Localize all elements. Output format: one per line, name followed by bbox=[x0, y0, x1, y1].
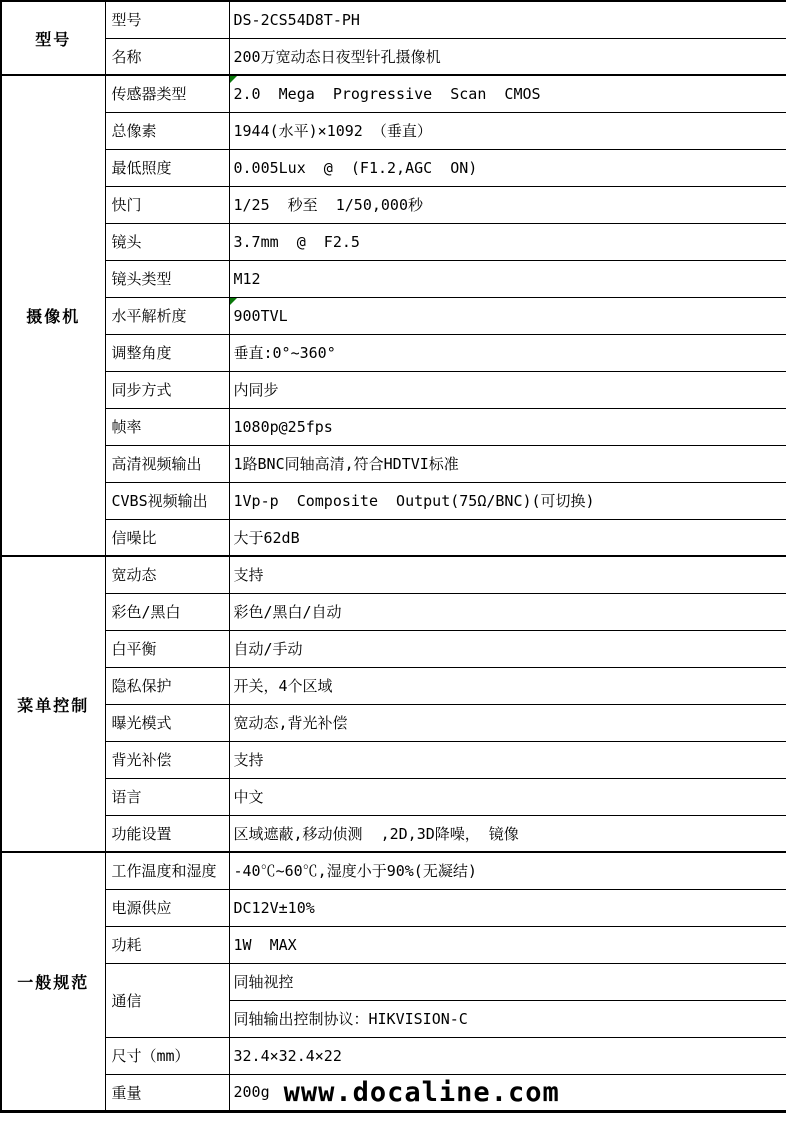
table-row: 快门 1/25 秒至 1/50,000秒 bbox=[1, 186, 786, 223]
spec-value-cell: 区域遮蔽,移动侦测 ,2D,3D降噪， 镜像 bbox=[229, 815, 786, 852]
spec-value-text: 200g bbox=[234, 1083, 270, 1101]
spec-label-cell: CVBS视频输出 bbox=[105, 482, 229, 519]
table-row: 型号 型号 DS-2CS54D8T-PH bbox=[1, 1, 786, 38]
spec-label-cell: 总像素 bbox=[105, 112, 229, 149]
spec-label-cell: 功能设置 bbox=[105, 815, 229, 852]
spec-label-cell: 语言 bbox=[105, 778, 229, 815]
spec-label-cell: 宽动态 bbox=[105, 556, 229, 593]
table-row: 功能设置 区域遮蔽,移动侦测 ,2D,3D降噪， 镜像 bbox=[1, 815, 786, 852]
spec-label-cell: 背光补偿 bbox=[105, 741, 229, 778]
spec-value-cell: 32.4×32.4×22 bbox=[229, 1037, 786, 1074]
spec-label-cell: 重量 bbox=[105, 1074, 229, 1111]
spec-label-cell: 隐私保护 bbox=[105, 667, 229, 704]
table-row: 高清视频输出 1路BNC同轴高清,符合HDTVI标准 bbox=[1, 445, 786, 482]
spec-value-cell: 900TVL bbox=[229, 297, 786, 334]
spec-label-cell: 帧率 bbox=[105, 408, 229, 445]
category-cell-menu-control: 菜单控制 bbox=[1, 556, 105, 852]
spec-value-cell: 200gwww.docaline.com bbox=[229, 1074, 786, 1111]
spec-label-cell: 水平解析度 bbox=[105, 297, 229, 334]
spec-label-cell: 尺寸（mm） bbox=[105, 1037, 229, 1074]
spec-value-cell: 1944(水平)×1092 （垂直） bbox=[229, 112, 786, 149]
watermark-text: www.docaline.com bbox=[284, 1077, 560, 1108]
spec-value-cell: 0.005Lux @ (F1.2,AGC ON) bbox=[229, 149, 786, 186]
spec-value-cell: 同轴视控 bbox=[229, 963, 786, 1000]
table-row: 尺寸（mm） 32.4×32.4×22 bbox=[1, 1037, 786, 1074]
spec-label-cell: 型号 bbox=[105, 1, 229, 38]
table-row: 电源供应 DC12V±10% bbox=[1, 889, 786, 926]
spec-value-cell: 彩色/黑白/自动 bbox=[229, 593, 786, 630]
spec-value-cell: DS-2CS54D8T-PH bbox=[229, 1, 786, 38]
spec-label-cell: 信噪比 bbox=[105, 519, 229, 556]
spec-value-cell: DC12V±10% bbox=[229, 889, 786, 926]
spec-value-cell: 垂直:0°~360° bbox=[229, 334, 786, 371]
spec-value-cell: 中文 bbox=[229, 778, 786, 815]
table-row: 镜头类型 M12 bbox=[1, 260, 786, 297]
table-row: 通信 同轴视控 bbox=[1, 963, 786, 1000]
table-row: 白平衡 自动/手动 bbox=[1, 630, 786, 667]
spec-label-cell: 传感器类型 bbox=[105, 75, 229, 112]
spec-value-cell: 2.0 Mega Progressive Scan CMOS bbox=[229, 75, 786, 112]
spec-label-cell: 曝光模式 bbox=[105, 704, 229, 741]
cell-flag-triangle-icon bbox=[230, 76, 237, 83]
spec-value-cell: 开关，4个区域 bbox=[229, 667, 786, 704]
table-row: CVBS视频输出 1Vp-p Composite Output(75Ω/BNC)… bbox=[1, 482, 786, 519]
table-row: 重量 200gwww.docaline.com bbox=[1, 1074, 786, 1111]
spec-value-cell: 200万宽动态日夜型针孔摄像机 bbox=[229, 38, 786, 75]
spec-value-text: 2.0 Mega Progressive Scan CMOS bbox=[234, 85, 541, 103]
spec-label-cell: 镜头 bbox=[105, 223, 229, 260]
table-row: 语言 中文 bbox=[1, 778, 786, 815]
spec-value-cell: M12 bbox=[229, 260, 786, 297]
spec-value-cell: 支持 bbox=[229, 741, 786, 778]
spec-label-cell: 快门 bbox=[105, 186, 229, 223]
spec-label-cell: 电源供应 bbox=[105, 889, 229, 926]
spec-value-cell: 1路BNC同轴高清,符合HDTVI标准 bbox=[229, 445, 786, 482]
category-cell-camera: 摄像机 bbox=[1, 75, 105, 556]
spec-value-cell: 1/25 秒至 1/50,000秒 bbox=[229, 186, 786, 223]
spec-label-cell: 白平衡 bbox=[105, 630, 229, 667]
table-row: 功耗 1W MAX bbox=[1, 926, 786, 963]
spec-value-cell: -40℃~60℃,湿度小于90%(无凝结) bbox=[229, 852, 786, 889]
spec-value-cell: 同轴输出控制协议：HIKVISION-C bbox=[229, 1000, 786, 1037]
spec-value-cell: 自动/手动 bbox=[229, 630, 786, 667]
table-row: 调整角度 垂直:0°~360° bbox=[1, 334, 786, 371]
category-cell-general-spec: 一般规范 bbox=[1, 852, 105, 1111]
table-row: 一般规范 工作温度和湿度 -40℃~60℃,湿度小于90%(无凝结) bbox=[1, 852, 786, 889]
spec-value-cell: 支持 bbox=[229, 556, 786, 593]
spec-value-cell: 3.7mm @ F2.5 bbox=[229, 223, 786, 260]
spec-label-cell: 名称 bbox=[105, 38, 229, 75]
spec-label-cell: 镜头类型 bbox=[105, 260, 229, 297]
table-row: 总像素 1944(水平)×1092 （垂直） bbox=[1, 112, 786, 149]
spec-value-cell: 1080p@25fps bbox=[229, 408, 786, 445]
spec-value-cell: 内同步 bbox=[229, 371, 786, 408]
category-cell-model: 型号 bbox=[1, 1, 105, 75]
table-row: 曝光模式 宽动态,背光补偿 bbox=[1, 704, 786, 741]
table-row: 背光补偿 支持 bbox=[1, 741, 786, 778]
table-row: 彩色/黑白 彩色/黑白/自动 bbox=[1, 593, 786, 630]
table-row: 水平解析度 900TVL bbox=[1, 297, 786, 334]
spec-label-cell: 调整角度 bbox=[105, 334, 229, 371]
table-row: 帧率 1080p@25fps bbox=[1, 408, 786, 445]
spec-table: 型号 型号 DS-2CS54D8T-PH 名称 200万宽动态日夜型针孔摄像机 … bbox=[0, 0, 786, 1113]
spec-label-cell: 高清视频输出 bbox=[105, 445, 229, 482]
spec-value-cell: 宽动态,背光补偿 bbox=[229, 704, 786, 741]
table-row: 名称 200万宽动态日夜型针孔摄像机 bbox=[1, 38, 786, 75]
spec-label-cell: 最低照度 bbox=[105, 149, 229, 186]
spec-value-cell: 大于62dB bbox=[229, 519, 786, 556]
spec-label-cell: 工作温度和湿度 bbox=[105, 852, 229, 889]
spec-label-cell-communication: 通信 bbox=[105, 963, 229, 1037]
table-row: 同步方式 内同步 bbox=[1, 371, 786, 408]
spec-label-cell: 同步方式 bbox=[105, 371, 229, 408]
spec-label-cell: 功耗 bbox=[105, 926, 229, 963]
spec-value-text: 900TVL bbox=[234, 307, 288, 325]
table-row: 镜头 3.7mm @ F2.5 bbox=[1, 223, 786, 260]
spec-value-cell: 1W MAX bbox=[229, 926, 786, 963]
cell-flag-triangle-icon bbox=[230, 298, 237, 305]
table-row: 摄像机 传感器类型 2.0 Mega Progressive Scan CMOS bbox=[1, 75, 786, 112]
table-row: 信噪比 大于62dB bbox=[1, 519, 786, 556]
table-row: 菜单控制 宽动态 支持 bbox=[1, 556, 786, 593]
table-row: 隐私保护 开关，4个区域 bbox=[1, 667, 786, 704]
spec-label-cell: 彩色/黑白 bbox=[105, 593, 229, 630]
table-row: 最低照度 0.005Lux @ (F1.2,AGC ON) bbox=[1, 149, 786, 186]
spec-value-cell: 1Vp-p Composite Output(75Ω/BNC)(可切换) bbox=[229, 482, 786, 519]
